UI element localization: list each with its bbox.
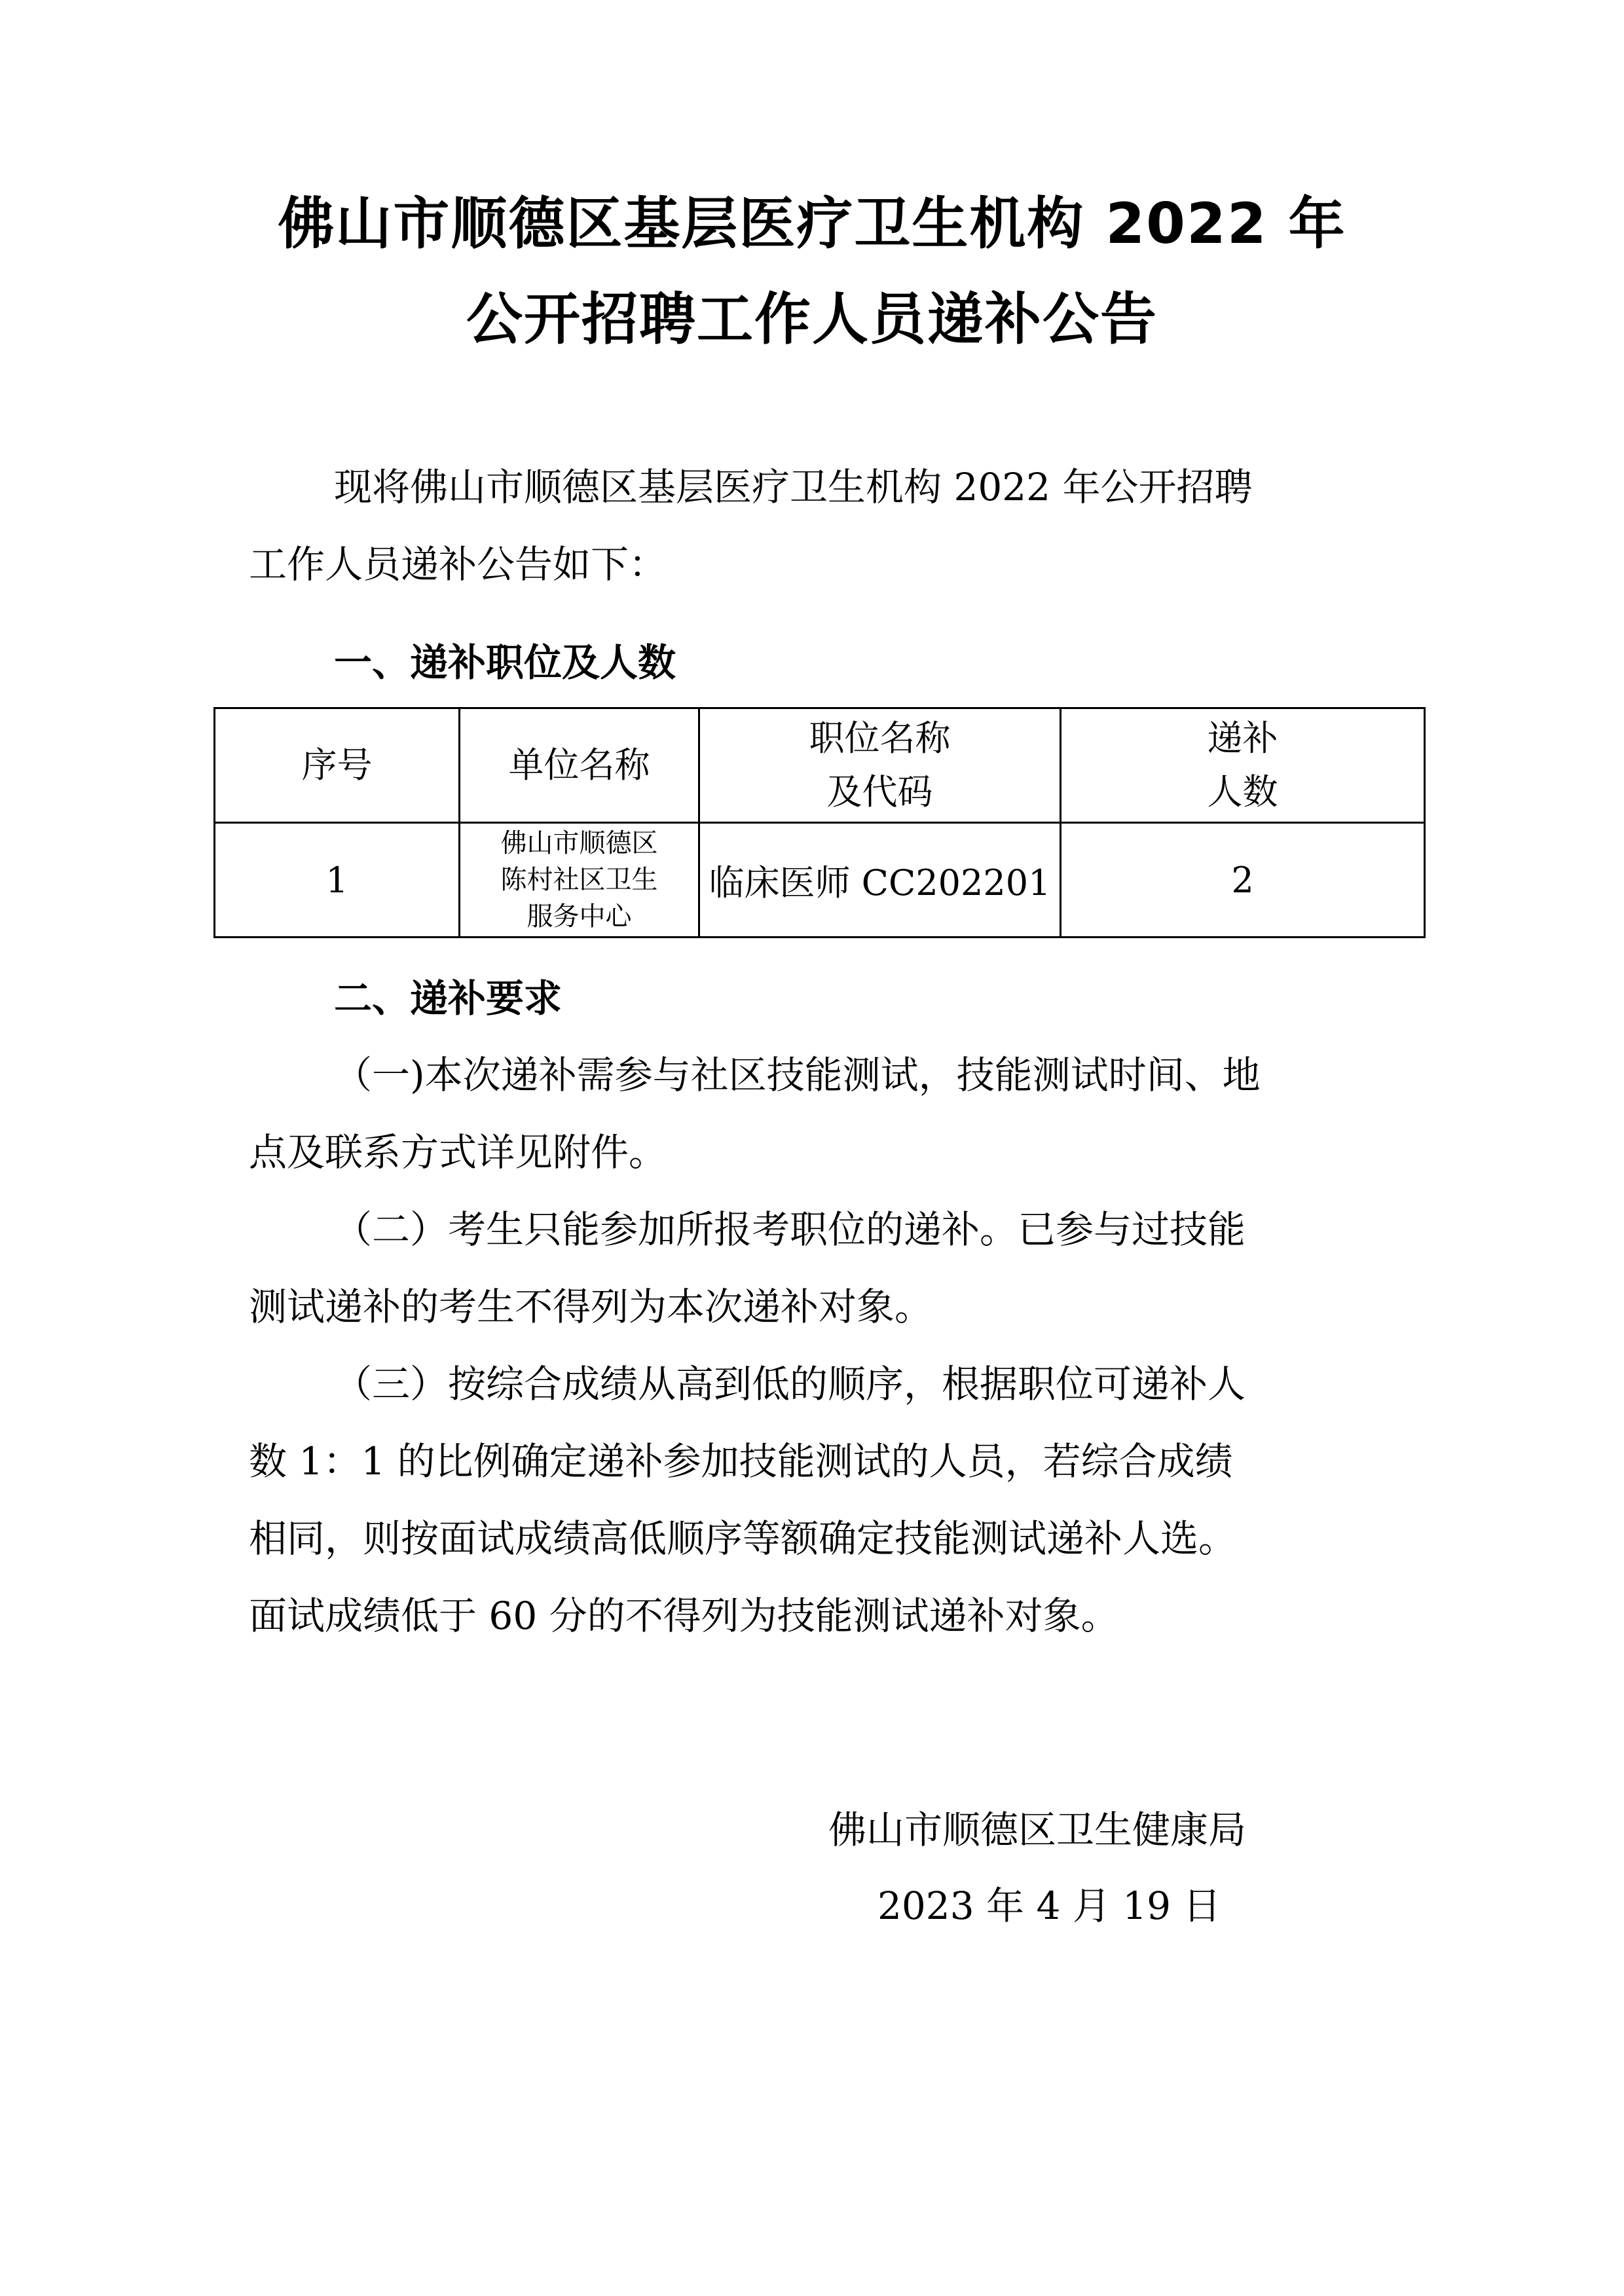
header-count: 递补 人数 (1061, 708, 1425, 823)
header-unit-label: 单位名称 (509, 744, 650, 786)
item1-line2: 点及联系方式详见附件。 (249, 1114, 1388, 1191)
section2-heading: 二、递补要求 (334, 968, 562, 1023)
item2-line2: 测试递补的考生不得列为本次递补对象。 (249, 1268, 1388, 1345)
header-count-line2: 人数 (1061, 765, 1424, 819)
cell-unit-line3: 服务中心 (460, 898, 698, 935)
intro-line2: 工作人员递补公告如下： (249, 526, 1388, 603)
table-header-row: 序号 单位名称 职位名称 及代码 递补 人数 (215, 708, 1425, 823)
cell-count: 2 (1061, 823, 1425, 938)
item3-line2: 数 1：1 的比例确定递补参加技能测试的人员，若综合成绩 (249, 1423, 1388, 1500)
item3-line1: （三）按综合成绩从高到低的顺序，根据职位可递补人 (334, 1345, 1473, 1423)
cell-unit-line1: 佛山市顺德区 (460, 825, 698, 862)
positions-table: 序号 单位名称 职位名称 及代码 递补 人数 1 佛山市顺德区 陈村社区卫生 服… (213, 707, 1426, 938)
issue-date: 2023 年 4 月 19 日 (877, 1875, 1221, 1930)
item3-line4: 面试成绩低于 60 分的不得列为技能测试递补对象。 (249, 1577, 1388, 1654)
item1-line1: （一)本次递补需参与社区技能测试，技能测试时间、地 (334, 1036, 1473, 1114)
header-position: 职位名称 及代码 (699, 708, 1061, 823)
item2-line1: （二）考生只能参加所报考职位的递补。已参与过技能 (334, 1191, 1473, 1268)
header-seq-label: 序号 (302, 744, 373, 786)
intro-line1: 现将佛山市顺德区基层医疗卫生机构 2022 年公开招聘 (334, 448, 1473, 526)
header-position-line2: 及代码 (700, 765, 1060, 819)
header-count-line1: 递补 (1061, 712, 1424, 765)
document-title-line2: 公开招聘工作人员递补公告 (0, 274, 1624, 355)
header-unit: 单位名称 (460, 708, 699, 823)
section1-heading: 一、递补职位及人数 (334, 632, 676, 687)
cell-unit: 佛山市顺德区 陈村社区卫生 服务中心 (460, 823, 699, 938)
issuer-name: 佛山市顺德区卫生健康局 (828, 1799, 1246, 1854)
document-title-line1: 佛山市顺德区基层医疗卫生机构 2022 年 (0, 178, 1624, 259)
table-row: 1 佛山市顺德区 陈村社区卫生 服务中心 临床医师 CC202201 2 (215, 823, 1425, 938)
cell-position: 临床医师 CC202201 (699, 823, 1061, 938)
item3-line3: 相同，则按面试成绩高低顺序等额确定技能测试递补人选。 (249, 1500, 1388, 1577)
cell-unit-line2: 陈村社区卫生 (460, 862, 698, 898)
header-seq: 序号 (215, 708, 460, 823)
header-position-line1: 职位名称 (700, 712, 1060, 765)
cell-seq: 1 (215, 823, 460, 938)
